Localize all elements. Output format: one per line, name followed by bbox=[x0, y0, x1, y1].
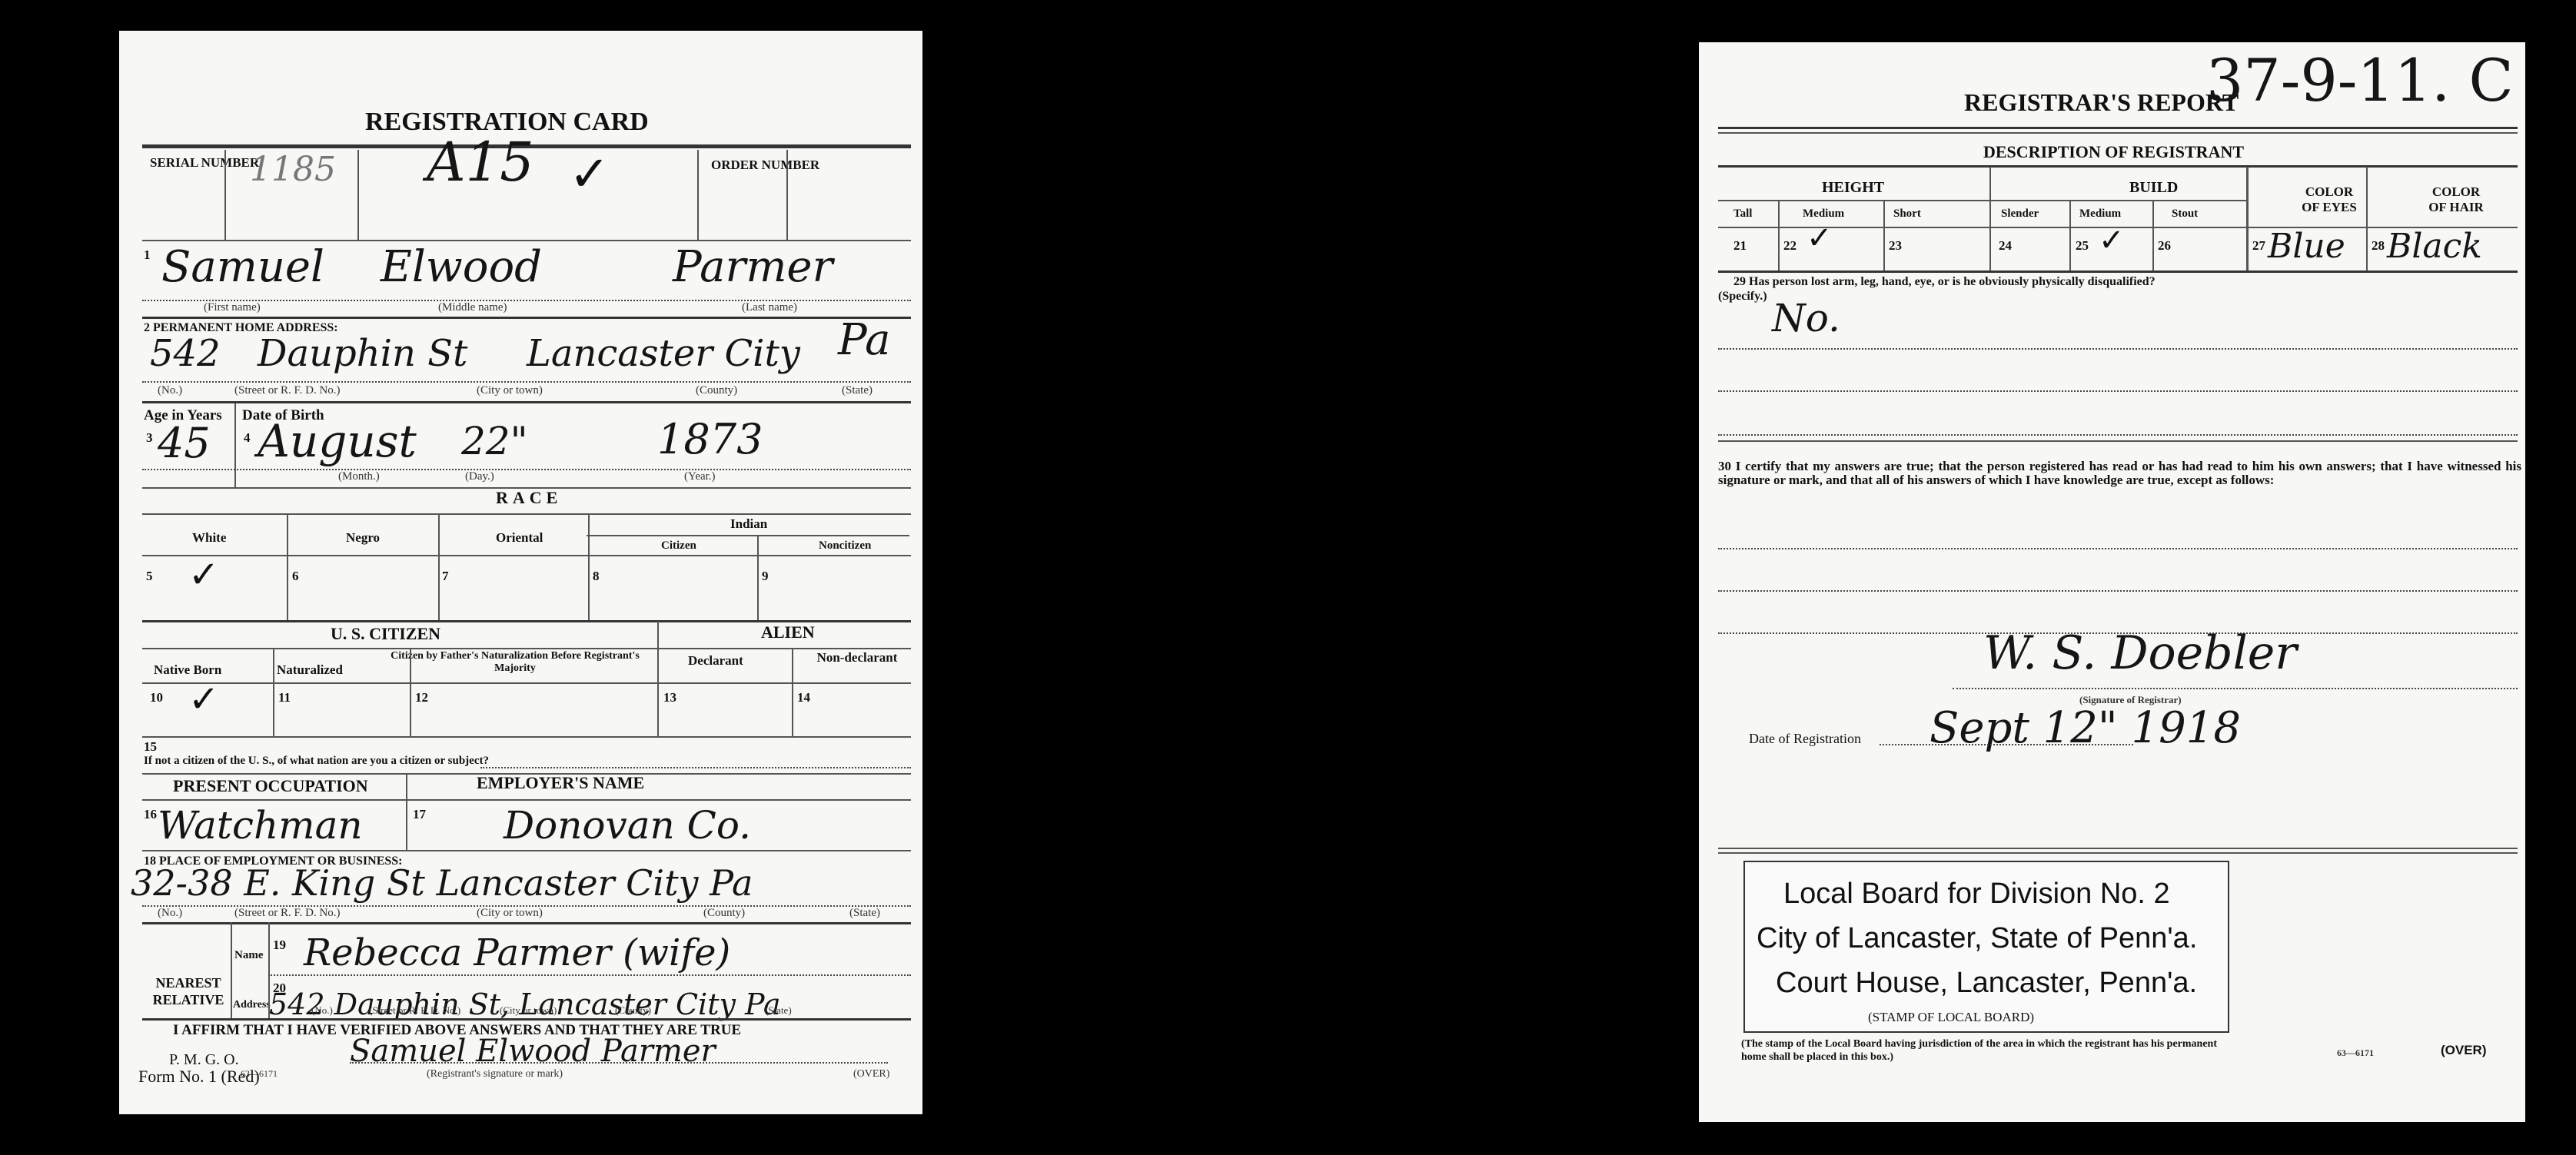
native-born-check-icon: ✓ bbox=[188, 678, 219, 721]
divider bbox=[357, 150, 359, 241]
field-number: 5 bbox=[146, 569, 153, 584]
citizen-col-fathers-naturalization: Citizen by Father's Naturalization Befor… bbox=[388, 650, 642, 675]
divider bbox=[1718, 390, 2518, 392]
divider bbox=[234, 403, 236, 488]
registrars-report-card: REGISTRAR'S REPORT 37-9-11. C DESCRIPTIO… bbox=[1699, 42, 2525, 1122]
field-number: 16 bbox=[144, 807, 157, 822]
divider bbox=[142, 469, 911, 470]
race-col-indian-citizen: Citizen bbox=[661, 539, 696, 553]
field-number: 8 bbox=[593, 569, 600, 584]
divider bbox=[1718, 200, 2246, 201]
home-address-street: Dauphin St bbox=[258, 332, 467, 375]
over-label: (OVER) bbox=[853, 1068, 889, 1080]
hair-color-heading: COLOR OF HAIR bbox=[2421, 184, 2491, 215]
divider bbox=[1718, 165, 2518, 168]
field-number: 1 bbox=[144, 247, 151, 263]
q29-answer: No. bbox=[1772, 296, 1840, 340]
divider bbox=[142, 240, 911, 241]
field-number: 11 bbox=[278, 690, 291, 705]
file-number: 37-9-11. C bbox=[2206, 46, 2514, 115]
race-col-negro: Negro bbox=[346, 530, 380, 546]
race-col-oriental: Oriental bbox=[496, 530, 543, 546]
divider bbox=[287, 513, 288, 621]
divider bbox=[268, 974, 911, 976]
divider bbox=[224, 150, 226, 241]
registration-date-label: Date of Registration bbox=[1749, 731, 1861, 747]
q29-specify: (Specify.) bbox=[1718, 290, 1767, 304]
divider bbox=[142, 555, 911, 556]
birth-year: 1873 bbox=[657, 415, 763, 463]
divider bbox=[587, 535, 909, 536]
caption: (Last name) bbox=[742, 301, 797, 314]
serial-number-label: SERIAL NUMBER bbox=[150, 155, 227, 170]
race-col-white: White bbox=[192, 530, 226, 546]
nearest-relative-label: NEAREST RELATIVE bbox=[150, 974, 227, 1008]
field-number: 26 bbox=[2158, 238, 2171, 254]
divider bbox=[588, 513, 590, 621]
field-number: 21 bbox=[1733, 238, 1747, 254]
divider bbox=[1718, 434, 2518, 436]
citizen-col-native-born: Native Born bbox=[154, 662, 221, 678]
print-code: 63—6171 bbox=[2337, 1047, 2374, 1059]
registrant-signature: Samuel Elwood Parmer bbox=[350, 1034, 716, 1069]
employer-label: EMPLOYER'S NAME bbox=[477, 773, 644, 793]
divider bbox=[142, 648, 911, 649]
race-col-indian-noncitizen: Noncitizen bbox=[819, 539, 871, 553]
divider bbox=[1778, 200, 1780, 270]
divider bbox=[142, 736, 911, 738]
print-code: 63—6171 bbox=[241, 1068, 278, 1080]
build-col-stout: Stout bbox=[2172, 207, 2198, 221]
description-heading: DESCRIPTION OF REGISTRANT bbox=[1983, 142, 2244, 162]
height-heading: HEIGHT bbox=[1822, 179, 1884, 197]
relative-name-label: Name bbox=[234, 949, 264, 962]
divider bbox=[1718, 270, 2518, 273]
divider bbox=[142, 401, 911, 403]
field-number: 12 bbox=[415, 690, 428, 705]
field-number: 27 bbox=[2252, 238, 2265, 254]
caption: (City or town) bbox=[500, 1004, 557, 1017]
caption: (Year.) bbox=[684, 470, 716, 483]
relative-address-label: Address bbox=[233, 999, 271, 1011]
age-value: 45 bbox=[158, 419, 211, 467]
divider bbox=[1718, 348, 2518, 350]
divider bbox=[1883, 200, 1885, 270]
stamp-line-2: City of Lancaster, State of Penn'a. bbox=[1757, 922, 2197, 955]
serial-number-value: 1185 bbox=[250, 150, 336, 189]
registrar-signature: W. S. Doebler bbox=[1983, 626, 2297, 680]
q29-text: 29 Has person lost arm, leg, hand, eye, … bbox=[1733, 275, 2156, 289]
stamp-note: (The stamp of the Local Board having jur… bbox=[1741, 1037, 2233, 1064]
divider bbox=[438, 513, 440, 621]
race-white-check-icon: ✓ bbox=[188, 553, 219, 596]
divider bbox=[142, 850, 911, 851]
caption: (Day.) bbox=[465, 470, 494, 483]
divider bbox=[142, 922, 911, 924]
divider bbox=[231, 922, 232, 1018]
caption: (No.) bbox=[158, 384, 182, 397]
us-citizen-heading: U. S. CITIZEN bbox=[331, 624, 440, 644]
field-number: 7 bbox=[442, 569, 449, 584]
stamp-line-1: Local Board for Division No. 2 bbox=[1783, 878, 2170, 911]
serial-annotation: A15 bbox=[427, 131, 534, 194]
field-number: 6 bbox=[292, 569, 299, 584]
divider bbox=[142, 682, 911, 684]
citizen-col-naturalized: Naturalized bbox=[277, 662, 343, 678]
divider bbox=[1718, 548, 2518, 549]
height-medium-check-icon: ✓ bbox=[1807, 221, 1833, 256]
field-number: 19 bbox=[273, 938, 286, 953]
field-number: 24 bbox=[1999, 238, 2012, 254]
divider bbox=[757, 535, 759, 621]
caption: (County) bbox=[615, 1004, 651, 1017]
caption: (City or town) bbox=[477, 907, 543, 920]
divider bbox=[2069, 200, 2071, 270]
field-number: 14 bbox=[797, 690, 810, 705]
race-heading: RACE bbox=[496, 488, 562, 508]
check-mark-icon: ✓ bbox=[569, 146, 610, 203]
divider bbox=[142, 381, 911, 383]
last-name: Parmer bbox=[673, 242, 833, 292]
registration-date-value: Sept 12" 1918 bbox=[1930, 703, 2241, 753]
divider bbox=[480, 767, 911, 768]
field-number: 10 bbox=[150, 690, 163, 705]
occupation-value: Watchman bbox=[158, 803, 363, 848]
caption: (No.) bbox=[158, 907, 182, 920]
divider bbox=[2152, 200, 2154, 270]
local-board-stamp: Local Board for Division No. 2 City of L… bbox=[1743, 861, 2229, 1033]
eye-color-value: Blue bbox=[2268, 227, 2345, 266]
divider bbox=[1718, 590, 2518, 592]
q15-text: If not a citizen of the U. S., of what n… bbox=[144, 755, 489, 768]
field-number: 4 bbox=[244, 430, 251, 446]
divider bbox=[1989, 167, 1991, 270]
divider bbox=[142, 1018, 911, 1021]
divider bbox=[657, 621, 659, 736]
q30-text: 30 I certify that my answers are true; t… bbox=[1718, 460, 2521, 487]
report-title: REGISTRAR'S REPORT bbox=[1964, 88, 2239, 117]
field-number: 15 bbox=[144, 739, 157, 755]
height-col-tall: Tall bbox=[1733, 207, 1752, 221]
middle-name: Elwood bbox=[381, 242, 542, 292]
caption: (First name) bbox=[204, 301, 261, 314]
order-number-label: ORDER NUMBER bbox=[711, 158, 788, 172]
field-number: 9 bbox=[762, 569, 769, 584]
stamp-caption: (STAMP OF LOCAL BOARD) bbox=[1868, 1010, 2034, 1025]
signature-caption: (Registrant's signature or mark) bbox=[427, 1068, 563, 1080]
field-number: 17 bbox=[413, 807, 426, 822]
home-address-city: Lancaster City bbox=[527, 332, 800, 375]
field-number: 25 bbox=[2076, 238, 2089, 254]
divider bbox=[142, 317, 911, 319]
hair-color-value: Black bbox=[2387, 227, 2482, 266]
caption: (No.) bbox=[311, 1004, 333, 1017]
birth-day: 22" bbox=[461, 419, 528, 463]
divider bbox=[1953, 688, 2518, 689]
height-col-short: Short bbox=[1893, 207, 1921, 221]
relative-name-value: Rebecca Parmer (wife) bbox=[304, 931, 730, 974]
divider bbox=[406, 773, 407, 850]
home-address-state: Pa bbox=[838, 315, 891, 365]
registration-card: REGISTRATION CARD SERIAL NUMBER 1185 A15… bbox=[119, 31, 922, 1114]
employment-place-value: 32-38 E. King St Lancaster City Pa bbox=[131, 862, 753, 904]
build-col-medium: Medium bbox=[2079, 207, 2121, 221]
caption: (State) bbox=[849, 907, 880, 920]
divider bbox=[792, 648, 793, 736]
divider bbox=[142, 513, 911, 515]
divider bbox=[1718, 127, 2518, 129]
caption: (Month.) bbox=[338, 470, 380, 483]
divider bbox=[1718, 440, 2518, 442]
field-number: 22 bbox=[1783, 238, 1797, 254]
build-medium-check-icon: ✓ bbox=[2099, 223, 2125, 258]
field-number: 3 bbox=[146, 430, 153, 446]
field-number: 13 bbox=[663, 690, 676, 705]
caption: (County) bbox=[703, 907, 745, 920]
divider bbox=[1718, 848, 2518, 849]
height-col-medium: Medium bbox=[1803, 207, 1844, 221]
caption: (County) bbox=[696, 384, 737, 397]
divider bbox=[786, 150, 788, 241]
divider bbox=[1718, 132, 2518, 134]
divider bbox=[142, 799, 911, 801]
birth-month: August bbox=[258, 415, 417, 467]
caption: (State) bbox=[765, 1004, 792, 1017]
employer-value: Donovan Co. bbox=[504, 803, 751, 848]
divider bbox=[273, 648, 274, 736]
caption: (City or town) bbox=[477, 384, 543, 397]
occupation-label: PRESENT OCCUPATION bbox=[173, 776, 368, 796]
home-address-number: 542 bbox=[150, 332, 221, 375]
eye-color-heading: COLOR OF EYES bbox=[2295, 184, 2364, 215]
race-indian-heading: Indian bbox=[730, 516, 767, 532]
caption: (State) bbox=[842, 384, 873, 397]
caption: (Middle name) bbox=[438, 301, 507, 314]
field-number: 28 bbox=[2372, 238, 2385, 254]
alien-col-declarant: Declarant bbox=[688, 653, 743, 669]
over-label: (OVER) bbox=[2441, 1043, 2487, 1058]
build-heading: BUILD bbox=[2129, 179, 2178, 197]
divider bbox=[2246, 167, 2249, 270]
divider bbox=[697, 150, 699, 241]
divider bbox=[350, 1062, 888, 1064]
divider bbox=[1718, 852, 2518, 854]
caption: (Street or R. F. D. No.) bbox=[234, 907, 341, 920]
alien-col-non-declarant: Non-declarant bbox=[811, 650, 903, 665]
caption: (Street or R. F. D. No.) bbox=[234, 384, 341, 397]
divider bbox=[1880, 744, 2133, 745]
build-col-slender: Slender bbox=[2001, 207, 2039, 221]
stamp-line-3: Court House, Lancaster, Penn'a. bbox=[1776, 967, 2197, 1000]
caption: (Street or R. F. D. No.) bbox=[369, 1004, 460, 1017]
first-name: Samuel bbox=[161, 242, 324, 292]
divider bbox=[410, 648, 411, 736]
divider bbox=[2366, 167, 2368, 270]
field-number: 23 bbox=[1889, 238, 1902, 254]
alien-heading: ALIEN bbox=[761, 622, 815, 642]
